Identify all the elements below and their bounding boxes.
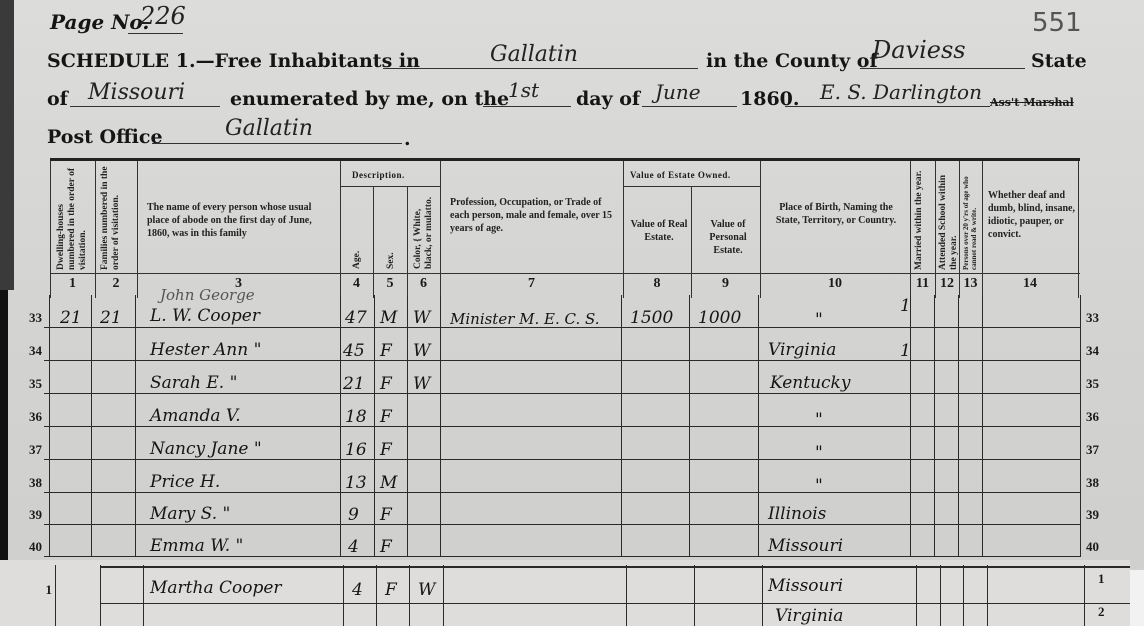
line-number: 2 [1098, 604, 1124, 620]
grid-line [1084, 565, 1085, 626]
real-estate-value: 1500 [630, 308, 673, 328]
person-name: L. W. Cooper [150, 306, 260, 326]
post-office-value: Gallatin [225, 116, 313, 141]
grid-line [443, 565, 444, 626]
age: 4 [352, 580, 363, 600]
birthplace: Virginia [775, 606, 843, 626]
frame-number: 551 [1032, 8, 1082, 38]
age: 47 [345, 308, 367, 328]
sex: F [380, 537, 392, 557]
line-number: 40 [16, 539, 42, 555]
col-number: 6 [407, 276, 440, 292]
marshal-line [785, 106, 990, 107]
grid-line [626, 565, 627, 626]
col-number: 14 [982, 276, 1078, 292]
census-page: Page No. 226 551 SCHEDULE 1.—Free Inhabi… [0, 0, 1144, 626]
day-line [483, 106, 571, 107]
month-value: June [655, 80, 701, 104]
col12-header: Attended School within the year. [938, 165, 958, 270]
col7-header: Profession, Occupation, or Trade of each… [450, 196, 618, 235]
col-number: 1 [50, 276, 95, 292]
col13-header: Persons over 20 y'rs of age who cannot r… [962, 165, 982, 270]
of-label: of [47, 88, 68, 110]
section-divider [340, 186, 440, 187]
state-value: Missouri [88, 80, 185, 105]
grid-line [100, 565, 101, 626]
line-number: 39 [1086, 507, 1112, 523]
person-name: Amanda V. [150, 406, 241, 426]
page-number: 226 [140, 2, 186, 30]
age: 13 [345, 473, 367, 493]
line-number: 38 [16, 475, 42, 491]
color: W [413, 341, 430, 361]
person-name: Mary S. " [150, 504, 230, 524]
sex: F [380, 505, 392, 525]
county-line [860, 68, 1025, 69]
col-number: 10 [760, 276, 910, 292]
estate-section-head: Value of Estate Owned. [630, 170, 731, 180]
family-number: 21 [100, 308, 122, 328]
state-label: State [1031, 50, 1087, 72]
birthplace: Kentucky [770, 373, 850, 393]
line-number: 38 [1086, 475, 1112, 491]
birthplace: " [815, 476, 823, 496]
personal-estate-value: 1000 [698, 308, 741, 328]
age: 18 [345, 407, 367, 427]
marshal-label: Ass't Marshal [990, 96, 1074, 109]
page-edge-shadow [0, 0, 14, 290]
sex: F [380, 440, 392, 460]
schedule-label: SCHEDULE 1.—Free Inhabitants in [47, 50, 420, 72]
birthplace: Illinois [768, 504, 826, 524]
line-number: 39 [16, 507, 42, 523]
col-number: 8 [623, 276, 691, 292]
person-name: Hester Ann " [150, 340, 261, 360]
grid-line [940, 565, 941, 626]
birthplace: Missouri [768, 576, 843, 596]
month-line [642, 106, 737, 107]
col3-header: The name of every person whose usual pla… [147, 201, 335, 240]
line-number: 36 [1086, 409, 1112, 425]
birthplace: " [815, 410, 823, 430]
grid-line [343, 565, 344, 626]
col-number: 9 [691, 276, 760, 292]
person-name: Sarah E. " [150, 373, 237, 393]
age: 16 [345, 440, 367, 460]
sex: F [380, 374, 392, 394]
marshal-name: E. S. Darlington [820, 80, 982, 104]
col5-header: Sex. [386, 231, 397, 269]
color: W [413, 308, 430, 328]
grid-line [987, 565, 988, 626]
grid-line [376, 565, 377, 626]
col-number: 13 [959, 276, 982, 292]
color: W [418, 580, 435, 600]
sex: F [380, 341, 392, 361]
line-number: 1 [1098, 571, 1124, 587]
day-value: 1st [508, 78, 539, 102]
line-number: 36 [16, 409, 42, 425]
birthplace: Missouri [768, 536, 843, 556]
table-row [100, 566, 1130, 568]
grid-line [694, 565, 695, 626]
line-number: 34 [16, 343, 42, 359]
col11-header: Married within the year. [914, 165, 934, 270]
county-label: in the County of [706, 50, 878, 72]
grid-line [143, 565, 144, 626]
grid-line [916, 565, 917, 626]
grid-line [762, 565, 763, 626]
page-number-line [128, 33, 183, 34]
line-number: 33 [16, 310, 42, 326]
person-name: Emma W. " [150, 536, 243, 556]
age: 4 [348, 537, 359, 557]
state-line [70, 106, 220, 107]
line-number: 34 [1086, 343, 1112, 359]
col-number: 2 [95, 276, 137, 292]
place-line [383, 68, 698, 69]
tally-mark: 1 [900, 341, 911, 361]
line-number: 40 [1086, 539, 1112, 555]
post-office-label: Post Office [47, 126, 163, 148]
column-header-table: Description. Value of Estate Owned. Dwel… [50, 158, 1080, 298]
sex: M [380, 308, 397, 328]
col10-header: Place of Birth, Naming the State, Territ… [768, 201, 904, 227]
col14-header: Whether deaf and dumb, blind, insane, id… [988, 189, 1076, 241]
line-number: 33 [1086, 310, 1112, 326]
page-margin [1130, 570, 1144, 626]
enumerated-label: enumerated by me, on the [230, 88, 509, 110]
line-number: 37 [1086, 442, 1112, 458]
person-name: Martha Cooper [150, 578, 282, 598]
col2-header: Families numbered in the order of visita… [100, 165, 134, 270]
sex: F [380, 407, 392, 427]
page-number-label: Page No. [50, 10, 149, 34]
col8-header: Value of Real Estate. [630, 218, 688, 244]
grid-line [55, 565, 56, 626]
dwelling-number: 21 [60, 308, 82, 328]
col9-header: Value of Personal Estate. [700, 218, 756, 257]
day-of-label: day of [576, 88, 640, 110]
post-office-period: . [404, 128, 411, 150]
col-number: 5 [373, 276, 407, 292]
age: 45 [343, 341, 365, 361]
col1-header: Dwelling-houses numbered in the order of… [56, 165, 92, 270]
line-number: 1 [26, 582, 52, 598]
birthplace: " [815, 310, 823, 330]
sex: F [385, 580, 397, 600]
place-value: Gallatin [490, 42, 578, 67]
col-number: 12 [935, 276, 959, 292]
age: 9 [348, 505, 359, 525]
birthplace: Virginia [768, 340, 836, 360]
line-number: 35 [1086, 376, 1112, 392]
occupation: Minister M. E. C. S. [450, 310, 600, 328]
grid-line [1080, 295, 1081, 557]
description-section-head: Description. [352, 170, 405, 180]
grid-line [963, 565, 964, 626]
age: 21 [343, 374, 365, 394]
line-number: 35 [16, 376, 42, 392]
col-number: 4 [340, 276, 373, 292]
grid-line [409, 565, 410, 626]
line-number: 37 [16, 442, 42, 458]
page-edge-shadow [0, 290, 8, 560]
county-value: Daviess [872, 36, 966, 64]
birthplace: " [815, 443, 823, 463]
person-name: Price H. [150, 472, 220, 492]
col-number: 11 [910, 276, 935, 292]
col6-header: Color, { White, black, or mulatto. [413, 189, 437, 269]
sex: M [380, 473, 397, 493]
col4-header: Age. [352, 231, 363, 269]
person-name: Nancy Jane " [150, 439, 262, 459]
color: W [413, 374, 430, 394]
post-office-line [152, 143, 402, 144]
tally-mark: 1 [900, 296, 911, 316]
col-number: 7 [440, 276, 623, 292]
section-divider [623, 186, 760, 187]
table-row [100, 603, 1130, 604]
